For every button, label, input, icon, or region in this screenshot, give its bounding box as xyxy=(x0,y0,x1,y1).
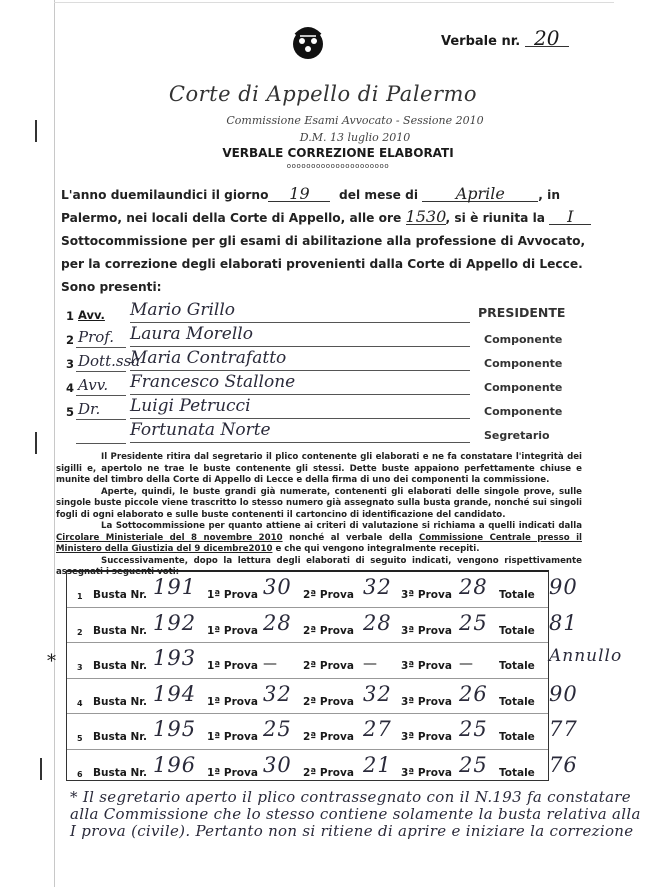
prova3-score: 26 xyxy=(459,682,488,706)
note-asterisk: * xyxy=(70,788,78,806)
prova3-score: 25 xyxy=(459,611,488,635)
intro-text: Palermo, nei locali della Corte di Appel… xyxy=(61,211,401,225)
total-score: 90 xyxy=(549,575,578,599)
member-signature: Mario Grillo xyxy=(130,300,470,323)
member-title: Prof. xyxy=(78,328,126,346)
prova1-label: 1ª Prova xyxy=(207,589,258,601)
member-signature: Luigi Petrucci xyxy=(130,396,470,419)
prova1-label: 1ª Prova xyxy=(207,767,258,779)
total-score: 76 xyxy=(549,753,578,777)
busta-number: 194 xyxy=(153,682,196,706)
busta-number: 193 xyxy=(153,646,196,670)
present-label: Sono presenti: xyxy=(61,276,601,299)
row-index: 1 xyxy=(77,592,83,601)
prova1-score: 30 xyxy=(263,753,292,777)
prova1-label: 1ª Prova xyxy=(207,625,258,637)
prova3-score: 25 xyxy=(459,717,488,741)
note-text: Il segretario aperto il plico contrasseg… xyxy=(70,788,641,840)
total-score: 81 xyxy=(549,611,578,635)
total-label: Totale xyxy=(499,625,535,637)
intro-text: L'anno duemilaundici il giorno xyxy=(61,188,268,202)
prova2-label: 2ª Prova xyxy=(303,660,354,672)
title-underline xyxy=(76,395,126,396)
prova2-label: 2ª Prova xyxy=(303,625,354,637)
title-divider: ooooooooooooooooooooo xyxy=(0,162,646,170)
title-underline xyxy=(76,347,126,348)
busta-label: Busta Nr. xyxy=(93,625,147,637)
member-title: Dott.ssa xyxy=(78,352,126,370)
total-score: Annullo xyxy=(549,646,622,666)
title-underline xyxy=(76,443,126,444)
prova1-score: — xyxy=(263,656,277,672)
grade-row: 6Busta Nr.1961ª Prova302ª Prova213ª Prov… xyxy=(67,750,548,785)
paragraph-text: La Sottocommissione per quanto attiene a… xyxy=(101,521,582,531)
grade-row: 1Busta Nr.1911ª Prova302ª Prova323ª Prov… xyxy=(67,572,548,608)
paragraph: Il Presidente ritira dal segretario il p… xyxy=(56,452,582,487)
prova2-score: — xyxy=(363,656,377,672)
prova2-label: 2ª Prova xyxy=(303,696,354,708)
member-number: 5 xyxy=(66,405,74,419)
grade-row: 4Busta Nr.1941ª Prova322ª Prova323ª Prov… xyxy=(67,679,548,715)
total-label: Totale xyxy=(499,696,535,708)
busta-number: 195 xyxy=(153,717,196,741)
member-number: 1 xyxy=(66,309,74,323)
prova1-score: 25 xyxy=(263,717,292,741)
row-index: 3 xyxy=(77,663,83,672)
member-signature: Fortunata Norte xyxy=(130,420,470,443)
intro-text: , in xyxy=(538,188,560,202)
asterisk-mark: * xyxy=(47,651,56,672)
subcommission-field: I xyxy=(549,209,591,225)
member-role: PRESIDENTE xyxy=(478,305,565,320)
intro-paragraph: L'anno duemilaundici il giorno19 del mes… xyxy=(61,184,601,299)
page-top-edge xyxy=(54,2,614,3)
member-title: Avv. xyxy=(78,308,126,322)
commission-subtitle: Commissione Esami Avvocato - Sessione 20… xyxy=(32,114,646,127)
grade-row: 5Busta Nr.1951ª Prova252ª Prova273ª Prov… xyxy=(67,714,548,750)
prova3-score: 28 xyxy=(459,575,488,599)
margin-mark xyxy=(40,758,42,780)
prova1-score: 30 xyxy=(263,575,292,599)
prova1-label: 1ª Prova xyxy=(207,731,258,743)
handwritten-note: * Il segretario aperto il plico contrass… xyxy=(70,789,646,840)
hour-field: 1530 xyxy=(406,209,446,225)
member-number: 2 xyxy=(66,333,74,347)
paragraph-text: e che qui vengono integralmente recepiti… xyxy=(275,544,479,554)
prova2-score: 27 xyxy=(363,717,392,741)
prova3-label: 3ª Prova xyxy=(401,767,452,779)
day-field: 19 xyxy=(268,186,330,202)
paragraph: Aperte, quindi, le buste grandi già nume… xyxy=(56,487,582,522)
verbale-number: 20 xyxy=(525,30,569,47)
procedure-text: Il Presidente ritira dal segretario il p… xyxy=(56,452,582,579)
prova3-label: 3ª Prova xyxy=(401,731,452,743)
prova1-score: 28 xyxy=(263,611,292,635)
total-score: 90 xyxy=(549,682,578,706)
intro-text: Sottocommissione per gli esami di abilit… xyxy=(61,230,601,253)
row-index: 2 xyxy=(77,628,83,637)
title-underline xyxy=(76,419,126,420)
row-index: 4 xyxy=(77,699,83,708)
busta-label: Busta Nr. xyxy=(93,589,147,601)
member-role: Componente xyxy=(484,381,562,394)
prova3-score: 25 xyxy=(459,753,488,777)
intro-text: per la correzione degli elaborati proven… xyxy=(61,253,601,276)
busta-label: Busta Nr. xyxy=(93,767,147,779)
total-label: Totale xyxy=(499,660,535,672)
paragraph: La Sottocommissione per quanto attiene a… xyxy=(56,521,582,556)
title-underline xyxy=(76,371,126,372)
prova3-label: 3ª Prova xyxy=(401,589,452,601)
member-signature: Maria Contrafatto xyxy=(130,348,470,371)
row-index: 5 xyxy=(77,734,83,743)
prova2-label: 2ª Prova xyxy=(303,731,354,743)
intro-text: del mese di xyxy=(339,188,418,202)
member-role: Componente xyxy=(484,405,562,418)
prova3-label: 3ª Prova xyxy=(401,660,452,672)
busta-number: 196 xyxy=(153,753,196,777)
member-signature: Laura Morello xyxy=(130,324,470,347)
prova2-score: 32 xyxy=(363,575,392,599)
document-title: VERBALE CORREZIONE ELABORATI xyxy=(0,146,646,160)
busta-label: Busta Nr. xyxy=(93,696,147,708)
total-label: Totale xyxy=(499,767,535,779)
prova2-score: 28 xyxy=(363,611,392,635)
prova2-label: 2ª Prova xyxy=(303,767,354,779)
grade-row: 2Busta Nr.1921ª Prova282ª Prova283ª Prov… xyxy=(67,608,548,644)
member-number: 4 xyxy=(66,381,74,395)
busta-label: Busta Nr. xyxy=(93,731,147,743)
member-role: Segretario xyxy=(484,429,550,442)
member-title: Avv. xyxy=(78,376,126,394)
grades-table: 1Busta Nr.1911ª Prova302ª Prova323ª Prov… xyxy=(66,570,549,781)
members-list: 1 Avv. Mario Grillo PRESIDENTE 2 Prof. L… xyxy=(66,303,606,447)
grade-row: *3Busta Nr.1931ª Prova—2ª Prova—3ª Prova… xyxy=(67,643,548,679)
prova3-label: 3ª Prova xyxy=(401,696,452,708)
prova2-label: 2ª Prova xyxy=(303,589,354,601)
intro-text: , si è riunita la xyxy=(446,211,545,225)
prova2-score: 32 xyxy=(363,682,392,706)
court-title: Corte di Appello di Palermo xyxy=(0,82,646,106)
prova2-score: 21 xyxy=(363,753,392,777)
total-label: Totale xyxy=(499,589,535,601)
busta-label: Busta Nr. xyxy=(93,660,147,672)
circular-reference: Circolare Ministeriale del 8 novembre 20… xyxy=(56,533,283,543)
busta-number: 191 xyxy=(153,575,196,599)
total-score: 77 xyxy=(549,717,578,741)
prova1-label: 1ª Prova xyxy=(207,696,258,708)
prova3-score: — xyxy=(459,656,473,672)
prova1-label: 1ª Prova xyxy=(207,660,258,672)
month-field: Aprile xyxy=(422,186,538,202)
member-row: Fortunata Norte Segretario xyxy=(66,423,606,447)
total-label: Totale xyxy=(499,731,535,743)
decree-subtitle: D.M. 13 luglio 2010 xyxy=(32,131,646,144)
row-index: 6 xyxy=(77,770,83,779)
member-number: 3 xyxy=(66,357,74,371)
prova1-score: 32 xyxy=(263,682,292,706)
margin-mark xyxy=(35,432,37,454)
prova3-label: 3ª Prova xyxy=(401,625,452,637)
verbale-label: Verbale nr. xyxy=(441,34,520,49)
member-title: Dr. xyxy=(78,400,126,418)
member-signature: Francesco Stallone xyxy=(130,372,470,395)
member-role: Componente xyxy=(484,333,562,346)
verbale-number-field: Verbale nr. 20 xyxy=(441,30,569,49)
member-role: Componente xyxy=(484,357,562,370)
paragraph-text: nonché al verbale della xyxy=(289,533,412,543)
busta-number: 192 xyxy=(153,611,196,635)
republic-emblem-icon xyxy=(290,25,326,61)
